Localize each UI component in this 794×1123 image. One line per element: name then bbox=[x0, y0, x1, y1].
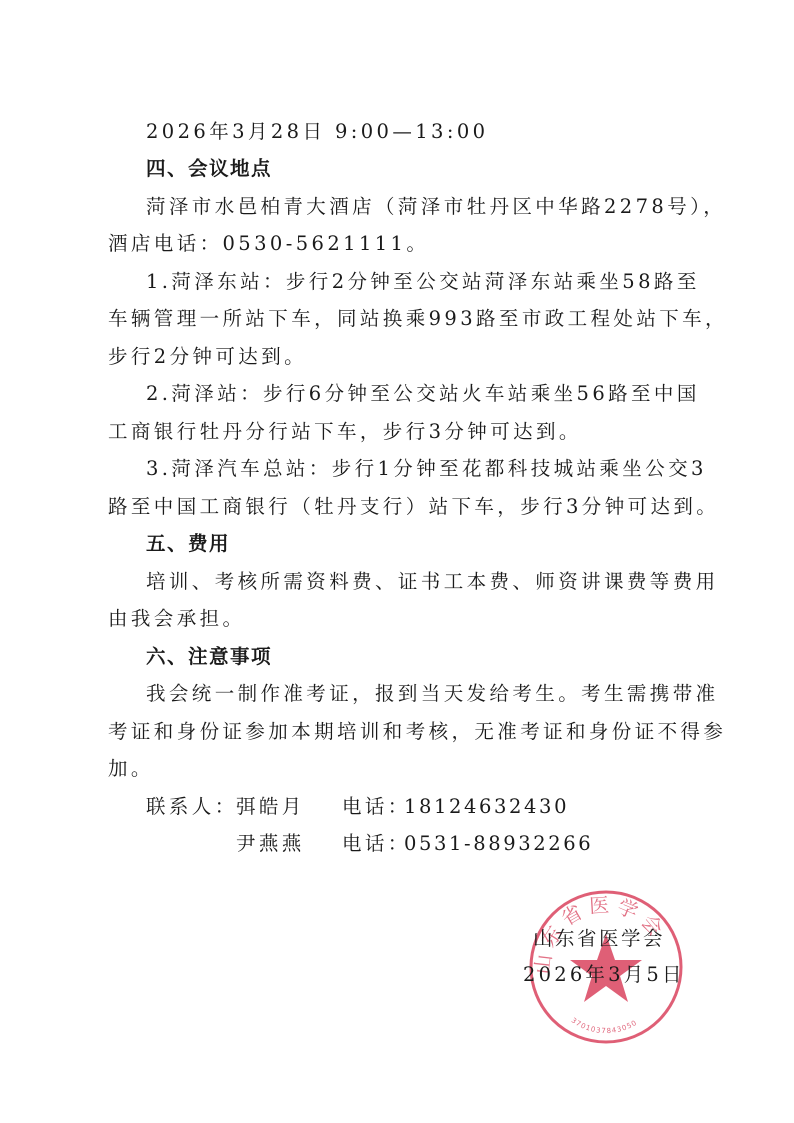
route-3-line-2: 路至中国工商银行（牡丹支行）站下车，步行3分钟可达到。 bbox=[108, 495, 688, 519]
stamp-serial-number: 3701037843050 bbox=[570, 1016, 639, 1035]
notes-line-3: 加。 bbox=[108, 757, 688, 781]
route-2-line-1: 2.菏泽站：步行6分钟至公交站火车站乘坐56路至中国 bbox=[146, 382, 686, 406]
route-1-line-2: 车辆管理一所站下车，同站换乘993路至市政工程处站下车， bbox=[108, 307, 688, 331]
contact-name-1: 弭皓月 bbox=[236, 795, 305, 819]
route-1-line-3: 步行2分钟可达到。 bbox=[108, 345, 688, 369]
signature-organization: 山东省医学会 bbox=[533, 927, 665, 951]
contact-phone-2: 0531-88932266 bbox=[404, 832, 593, 856]
contact-label: 联系人： bbox=[146, 795, 238, 819]
fees-line-2: 由我会承担。 bbox=[108, 607, 688, 631]
contact-phone-label-2: 电话： bbox=[342, 832, 411, 856]
section-heading-fees: 五、费用 bbox=[146, 532, 726, 556]
contact-phone-1: 18124632430 bbox=[404, 795, 569, 819]
document-page: 2026年3月28日 9:00—13:00 四、会议地点 菏泽市水邑柏青大酒店（… bbox=[0, 0, 794, 1123]
fees-line-1: 培训、考核所需资料费、证书工本费、师资讲课费等费用 bbox=[146, 570, 686, 594]
section-heading-venue: 四、会议地点 bbox=[146, 157, 726, 181]
contact-phone-label-1: 电话： bbox=[342, 795, 411, 819]
route-1-line-1: 1.菏泽东站：步行2分钟至公交站菏泽东站乘坐58路至 bbox=[146, 270, 686, 294]
notes-line-1: 我会统一制作准考证，报到当天发给考生。考生需携带准 bbox=[146, 682, 686, 706]
route-3-line-1: 3.菏泽汽车总站：步行1分钟至花都科技城站乘坐公交3 bbox=[146, 457, 686, 481]
contact-name-2: 尹燕燕 bbox=[236, 832, 305, 856]
venue-address-line-1: 菏泽市水邑柏青大酒店（菏泽市牡丹区中华路2278号）， bbox=[146, 195, 686, 219]
notes-line-2: 考证和身份证参加本期培训和考核，无准考证和身份证不得参 bbox=[108, 720, 688, 744]
meeting-time: 2026年3月28日 9:00—13:00 bbox=[146, 120, 726, 144]
route-2-line-2: 工商银行牡丹分行站下车，步行3分钟可达到。 bbox=[108, 420, 688, 444]
signature-date: 2026年3月5日 bbox=[523, 963, 685, 987]
venue-address-line-2: 酒店电话：0530-5621111。 bbox=[108, 232, 688, 256]
section-heading-notes: 六、注意事项 bbox=[146, 645, 726, 669]
